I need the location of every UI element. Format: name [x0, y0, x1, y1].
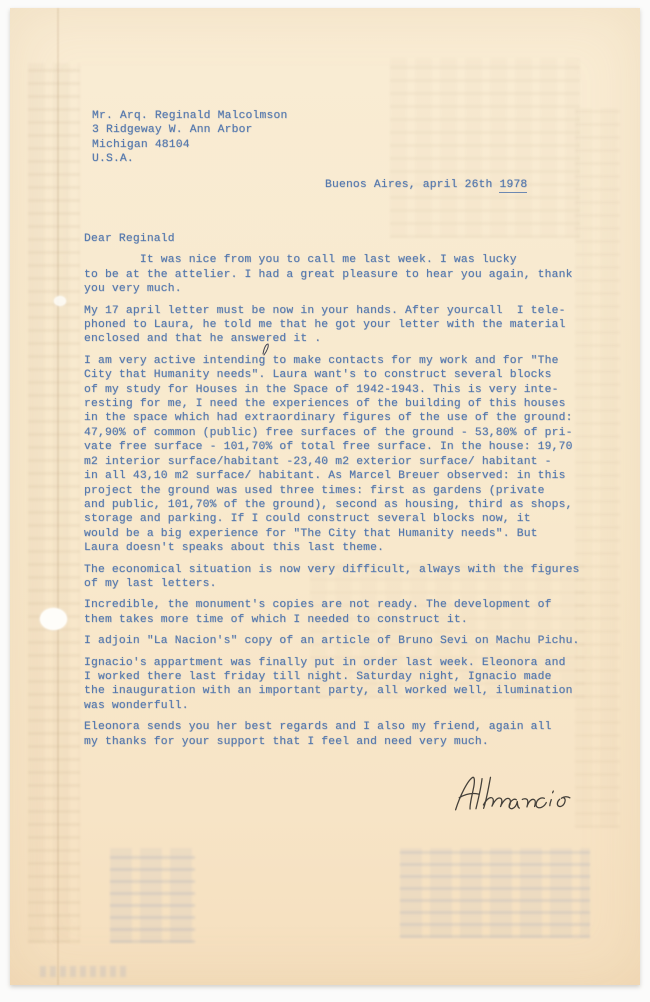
- letter-paragraph-3: I am very active intending to make conta…: [84, 354, 596, 556]
- letter-paragraph-2: My 17 april letter must be now in your h…: [84, 304, 596, 347]
- letter-paper: Mr. Arq. Reginald Malcolmson 3 Ridgeway …: [10, 8, 640, 985]
- letter-body: Dear Reginald It was nice from you to ca…: [84, 232, 596, 756]
- bleed-through-ghost-column-left: [28, 63, 80, 943]
- recipient-address: Mr. Arq. Reginald Malcolmson 3 Ridgeway …: [92, 109, 287, 167]
- bleed-through-ghost-top-right: [390, 58, 580, 238]
- letter-paragraph-6: I adjoin "La Nacion's" copy of an articl…: [84, 634, 596, 648]
- punch-hole-top: [54, 296, 66, 306]
- letter-paragraph-5: Incredible, the monument's copies are no…: [84, 598, 596, 627]
- letter-paragraph-7: Ignacio's appartment was finally put in …: [84, 656, 596, 714]
- bleed-through-ghost-bottom-left: [110, 848, 195, 943]
- letter-paragraph-8: Eleonora sends you her best regards and …: [84, 720, 596, 749]
- handwritten-correction-mark: [260, 342, 272, 356]
- bleed-through-ghost-bottom-center: [400, 848, 590, 938]
- letter-paragraph-4: The economical situation is now very dif…: [84, 563, 596, 592]
- paper-fold-crease: [57, 8, 59, 985]
- letter-paragraph-1: It was nice from you to call me last wee…: [84, 253, 596, 296]
- signature-handwritten-amancio: [447, 760, 586, 825]
- date-year-underlined: 1978: [499, 179, 527, 193]
- salutation: Dear Reginald: [84, 232, 596, 246]
- date-line: Buenos Aires, april 26th 1978: [325, 178, 527, 192]
- faint-stamp-mark: [40, 966, 128, 977]
- date-city-text: Buenos Aires, april 26th: [325, 179, 499, 191]
- punch-hole-bottom: [40, 608, 67, 630]
